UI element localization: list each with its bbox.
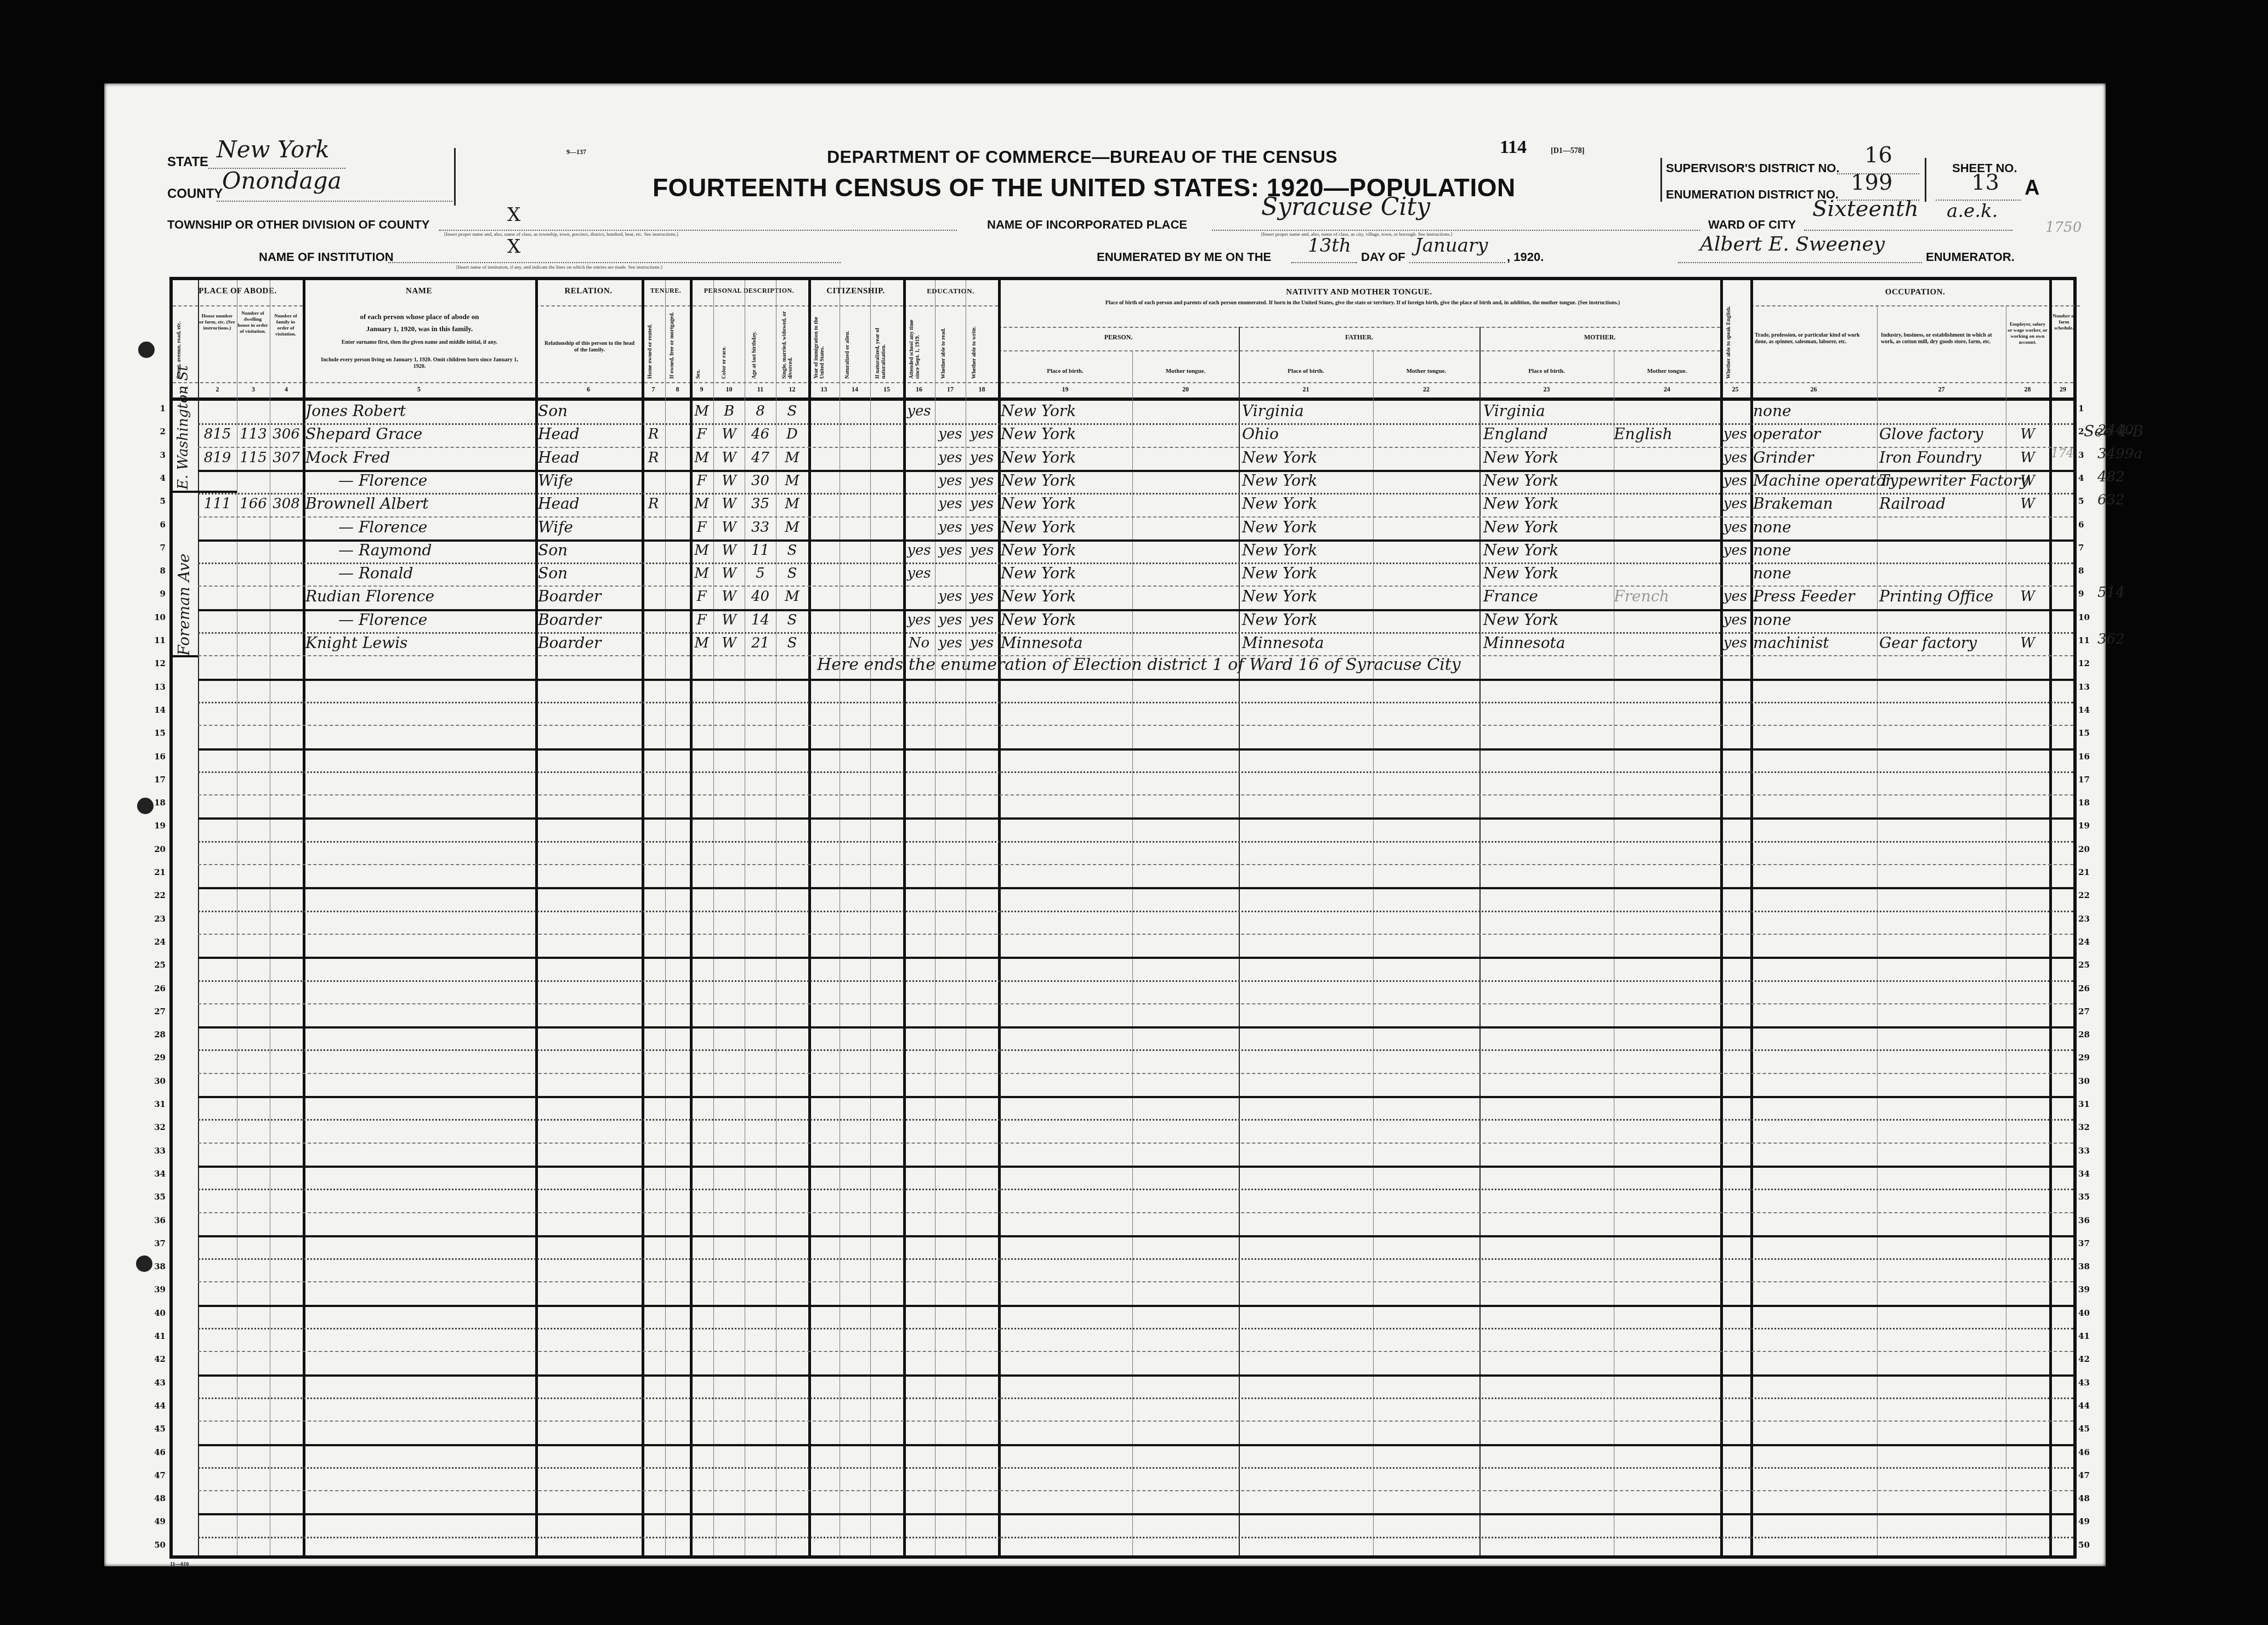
line-number: 42 <box>2078 1354 2100 1364</box>
institution-instruction: [Insert name of institution, if any, and… <box>456 264 662 270</box>
cell-read: yes <box>935 516 966 538</box>
cell-marital: S <box>776 632 808 654</box>
line-number: 36 <box>144 1215 166 1225</box>
line-number: 1 <box>2078 404 2100 413</box>
line-number: 12 <box>2078 658 2100 668</box>
cell-race: W <box>713 539 745 561</box>
cell-race: W <box>713 609 745 631</box>
line-number: 46 <box>2078 1447 2100 1457</box>
line-number: 42 <box>144 1354 166 1364</box>
line-number: 30 <box>2078 1076 2100 1086</box>
census-table: PLACE OF ABODE. NAME RELATION. TENURE. P… <box>169 277 2077 1559</box>
cell-sex: M <box>690 493 713 515</box>
cell-write: yes <box>966 447 998 469</box>
margin-code: 482 <box>2097 469 2125 485</box>
col-num: 23 <box>1479 385 1614 394</box>
cell-class: W <box>2006 632 2049 654</box>
line-number: 27 <box>144 1007 166 1016</box>
cell-father-birth: New York <box>1242 539 1374 561</box>
cell-read: yes <box>935 423 966 445</box>
institution-value: X <box>507 236 520 258</box>
col-num: 25 <box>1720 385 1750 394</box>
line-number: 41 <box>2078 1331 2100 1341</box>
bracket <box>1925 158 1926 202</box>
group-place-of-abode: PLACE OF ABODE. <box>173 287 303 296</box>
col-num: 19 <box>998 385 1132 394</box>
line-number: 16 <box>2078 752 2100 762</box>
enumerator-label: ENUMERATOR. <box>1926 250 2015 264</box>
col-header-27: Industry, business, or establishment in … <box>1881 332 1999 345</box>
cell-occupation: Grinder <box>1753 447 1877 469</box>
col-num: 2 <box>198 385 237 394</box>
department-title: DEPARTMENT OF COMMERCE—BUREAU OF THE CEN… <box>827 147 1337 167</box>
cell-marital: M <box>776 586 808 607</box>
line-number: 40 <box>144 1308 166 1318</box>
cell-age: 8 <box>745 400 776 422</box>
col-num: 21 <box>1239 385 1373 394</box>
margin-code: 362 <box>2097 631 2125 647</box>
cell-mother-tongue: English <box>1614 423 1720 445</box>
line-number: 18 <box>144 798 166 808</box>
col-num: 22 <box>1373 385 1479 394</box>
cell-school: yes <box>903 400 935 422</box>
line-number: 44 <box>2078 1401 2100 1411</box>
col-header-25: Whether able to speak English. <box>1726 297 1732 379</box>
cell-industry: Railroad <box>1879 493 2005 515</box>
line-number: 20 <box>144 844 166 854</box>
cell-relation: Son <box>538 562 642 584</box>
line-number: 3 <box>2078 450 2100 460</box>
cell-relation: Head <box>538 447 642 469</box>
cell-father-birth: New York <box>1242 562 1374 584</box>
margin-code: 3499a <box>2097 446 2142 462</box>
cell-relation: Boarder <box>538 632 642 654</box>
line-number: 48 <box>2078 1493 2100 1503</box>
line-number: 31 <box>2078 1099 2100 1109</box>
cell-write: yes <box>966 609 998 631</box>
cell-name: Jones Robert <box>305 400 536 422</box>
line-number: 49 <box>2078 1516 2100 1526</box>
cell-name: Rudian Florence <box>305 586 536 607</box>
col-header-12: Single, married, widowed, or divorced. <box>781 310 793 379</box>
line-number: 50 <box>2078 1540 2100 1550</box>
cell-age: 21 <box>745 632 776 654</box>
group-name: NAME <box>303 287 535 296</box>
margin-code: 632 <box>2097 492 2125 508</box>
occupation-code: 174 <box>2051 447 2074 461</box>
cell-sex: M <box>690 400 713 422</box>
cell-tenure: R <box>642 423 665 445</box>
relation-header: Relationship of this person to the head … <box>543 340 636 354</box>
enumeration-value: 199 <box>1851 170 1892 195</box>
col-num: 4 <box>270 385 303 394</box>
cell-marital: S <box>776 539 808 561</box>
col-header-19: Place of birth. <box>998 368 1132 374</box>
line-number: 10 <box>144 612 166 622</box>
cell-age: 35 <box>745 493 776 515</box>
street-2: Foreman Ave <box>175 497 197 656</box>
col-header-8: If owned, free or mortgaged. <box>669 310 675 379</box>
cell-relation: Boarder <box>538 609 642 631</box>
cell-race: W <box>713 423 745 445</box>
cell-birth: New York <box>1001 423 1132 445</box>
state-value: New York <box>217 136 330 163</box>
cell-marital: S <box>776 400 808 422</box>
line-number: 26 <box>2078 984 2100 993</box>
line-number: 25 <box>144 960 166 970</box>
col-header-4: Number of family in order of visitation. <box>270 313 301 337</box>
line-number: 8 <box>144 566 166 576</box>
col-num: 14 <box>840 385 870 394</box>
enumerated-day: 13th <box>1308 235 1351 257</box>
end-of-district-note: Here ends the enumeration of Election di… <box>817 655 1461 674</box>
cell-father-birth: New York <box>1242 493 1374 515</box>
cell-father-birth: New York <box>1242 516 1374 538</box>
cell-name: Brownell Albert <box>305 493 536 515</box>
cell-class: W <box>2006 423 2049 445</box>
cell-class: W <box>2006 470 2049 492</box>
cell-birth: New York <box>1001 470 1132 492</box>
line-number: 38 <box>144 1262 166 1271</box>
cell-age: 5 <box>745 562 776 584</box>
enumerated-year: , 1920. <box>1507 250 1544 264</box>
cell-family: 308 <box>270 493 303 515</box>
group-nativity: NATIVITY AND MOTHER TONGUE. <box>998 288 1720 297</box>
line-number: 50 <box>144 1540 166 1550</box>
cell-read: yes <box>935 632 966 654</box>
margin-number: 1750 <box>2045 219 2082 236</box>
cell-school: yes <box>903 609 935 631</box>
col-header-13: Year of immigration to the United States… <box>813 310 825 379</box>
col-header-2: House number or farm, etc. (See instruct… <box>199 313 235 331</box>
line-number: 28 <box>2078 1030 2100 1039</box>
col-num: 10 <box>713 385 745 394</box>
line-number: 43 <box>144 1378 166 1388</box>
line-number: 26 <box>144 984 166 993</box>
cell-relation: Head <box>538 423 642 445</box>
line-number: 40 <box>2078 1308 2100 1318</box>
cell-father-birth: New York <box>1242 470 1374 492</box>
cell-read: yes <box>935 447 966 469</box>
col-num: 12 <box>776 385 808 394</box>
form-number: 9—137 <box>566 148 586 156</box>
col-header-11: Age at last birthday. <box>751 310 757 379</box>
col-header-29: Number of farm schedule. <box>2050 313 2078 331</box>
line-number: 18 <box>2078 798 2100 808</box>
line-number: 45 <box>2078 1424 2100 1434</box>
cell-birth: New York <box>1001 400 1132 422</box>
group-relation: RELATION. <box>535 287 642 296</box>
col-num: 29 <box>2049 385 2077 394</box>
cell-name: Knight Lewis <box>305 632 536 654</box>
cell-read: yes <box>935 493 966 515</box>
cell-write: yes <box>966 516 998 538</box>
cell-industry: Printing Office <box>1879 586 2005 607</box>
cell-name: — Ronald <box>305 562 569 584</box>
col-num: 6 <box>535 385 642 394</box>
cell-mother-birth: New York <box>1483 562 1615 584</box>
line-number: 24 <box>2078 937 2100 947</box>
line-number: 46 <box>144 1447 166 1457</box>
cell-birth: New York <box>1001 516 1132 538</box>
line-number: 4 <box>2078 473 2100 483</box>
line-number: 15 <box>2078 728 2100 738</box>
line-number: 29 <box>2078 1053 2100 1062</box>
sheet-value: 13 <box>1971 170 1999 195</box>
cell-english: yes <box>1720 609 1750 631</box>
cell-english: yes <box>1720 423 1750 445</box>
col-header-24: Mother tongue. <box>1614 368 1720 374</box>
subgroup-mother: MOTHER. <box>1479 334 1720 340</box>
col-num: 27 <box>1877 385 2006 394</box>
cell-age: 14 <box>745 609 776 631</box>
cell-father-birth: New York <box>1242 447 1374 469</box>
line-number: 39 <box>144 1285 166 1294</box>
col-num: 5 <box>303 385 535 394</box>
col-num: 20 <box>1132 385 1239 394</box>
line-number: 35 <box>144 1192 166 1202</box>
cell-occupation: none <box>1753 562 1877 584</box>
cell-house: 819 <box>198 447 237 469</box>
col-header-17: Whether able to read. <box>940 310 946 379</box>
col-header-22: Mother tongue. <box>1373 368 1479 374</box>
col-header-7: Home owned or rented. <box>647 310 653 379</box>
cell-read: yes <box>935 586 966 607</box>
line-number: 28 <box>144 1030 166 1039</box>
cell-house: 815 <box>198 423 237 445</box>
line-number: 10 <box>2078 612 2100 622</box>
line-number: 17 <box>144 775 166 785</box>
col-num: 28 <box>2006 385 2049 394</box>
punch-hole <box>138 342 155 358</box>
group-personal-description: PERSONAL DESCRIPTION. <box>690 287 808 295</box>
cell-sex: F <box>690 423 713 445</box>
line-number: 17 <box>2078 775 2100 785</box>
group-citizenship: CITIZENSHIP. <box>808 287 903 296</box>
line-number: 47 <box>144 1470 166 1480</box>
cell-class: W <box>2006 447 2049 469</box>
cell-race: W <box>713 586 745 607</box>
line-number: 5 <box>2078 496 2100 506</box>
cell-relation: Wife <box>538 516 642 538</box>
cell-relation: Son <box>538 400 642 422</box>
cell-father-birth: Virginia <box>1242 400 1374 422</box>
cell-read: yes <box>935 609 966 631</box>
line-number: 12 <box>144 658 166 668</box>
group-occupation: OCCUPATION. <box>1750 288 2080 297</box>
ward-extra: a.e.k. <box>1947 200 1998 222</box>
cell-marital: M <box>776 516 808 538</box>
line-number: 4 <box>144 473 166 483</box>
cell-mother-birth: New York <box>1483 447 1615 469</box>
cell-write: yes <box>966 539 998 561</box>
cell-marital: M <box>776 470 808 492</box>
cell-dwelling: 113 <box>237 423 270 445</box>
bracket <box>1660 158 1662 202</box>
col-header-28: Employer, salary or wage worker, or work… <box>2007 321 2048 345</box>
group-education: EDUCATION. <box>903 287 998 296</box>
cell-mother-tongue: French <box>1614 586 1720 607</box>
cell-age: 30 <box>745 470 776 492</box>
col-num: 13 <box>808 385 840 394</box>
name-header-line2: January 1, 1920, was in this family. <box>307 324 532 333</box>
cell-relation: Head <box>538 493 642 515</box>
cell-occupation: none <box>1753 539 1877 561</box>
line-number: 29 <box>144 1053 166 1062</box>
form-code: [D1—578] <box>1551 147 1584 156</box>
line-number: 30 <box>144 1076 166 1086</box>
line-number: 20 <box>2078 844 2100 854</box>
ward-value: Sixteenth <box>1812 196 1919 221</box>
cell-relation: Son <box>538 539 642 561</box>
group-tenure: TENURE. <box>642 287 690 295</box>
line-number: 8 <box>2078 566 2100 576</box>
col-num: 8 <box>665 385 690 394</box>
cell-marital: D <box>776 423 808 445</box>
cell-school: yes <box>903 562 935 584</box>
col-header-14: Naturalized or alien. <box>844 310 850 379</box>
cell-sex: M <box>690 447 713 469</box>
cell-race: W <box>713 447 745 469</box>
col-header-16: Attended school any time since Sept. 1, … <box>909 310 921 379</box>
line-number: 9 <box>2078 589 2100 599</box>
cell-mother-birth: France <box>1483 586 1615 607</box>
line-number: 7 <box>2078 543 2100 553</box>
col-header-18: Whether able to write. <box>971 310 977 379</box>
bracket <box>454 148 456 206</box>
line-number: 33 <box>2078 1146 2100 1156</box>
cell-dwelling: 166 <box>237 493 270 515</box>
cell-english: yes <box>1720 632 1750 654</box>
cell-read: yes <box>935 470 966 492</box>
cell-mother-birth: New York <box>1483 516 1615 538</box>
cell-mother-birth: New York <box>1483 609 1615 631</box>
line-number: 35 <box>2078 1192 2100 1202</box>
cell-english: yes <box>1720 539 1750 561</box>
page-stamp: 114 <box>1500 137 1527 158</box>
cell-race: W <box>713 516 745 538</box>
township-instruction: [Insert proper name and, also, name of c… <box>444 231 678 237</box>
cell-read: yes <box>935 539 966 561</box>
line-number: 34 <box>2078 1169 2100 1179</box>
cell-name: Shepard Grace <box>305 423 536 445</box>
township-label: TOWNSHIP OR OTHER DIVISION OF COUNTY <box>167 218 429 232</box>
enumerator-name: Albert E. Sweeney <box>1700 233 1885 255</box>
cell-occupation: Machine operator <box>1753 470 1877 492</box>
county-label: COUNTY <box>167 186 223 202</box>
cell-father-birth: Minnesota <box>1242 632 1374 654</box>
cell-sex: F <box>690 586 713 607</box>
supervisor-value: 16 <box>1864 143 1892 168</box>
cell-name: — Florence <box>305 516 569 538</box>
col-num: 9 <box>690 385 713 394</box>
cell-english: yes <box>1720 447 1750 469</box>
line-number: 23 <box>2078 914 2100 924</box>
ward-label: WARD OF CITY <box>1708 218 1796 232</box>
cell-family: 306 <box>270 423 303 445</box>
cell-age: 47 <box>745 447 776 469</box>
name-header-line4: Include every person living on January 1… <box>315 357 524 370</box>
cell-english: yes <box>1720 493 1750 515</box>
cell-mother-birth: England <box>1483 423 1615 445</box>
cell-occupation: Press Feeder <box>1753 586 1877 607</box>
cell-write: yes <box>966 470 998 492</box>
cell-race: W <box>713 493 745 515</box>
cell-mother-birth: New York <box>1483 539 1615 561</box>
cell-mother-birth: New York <box>1483 470 1615 492</box>
line-number: 33 <box>144 1146 166 1156</box>
line-number: 47 <box>2078 1470 2100 1480</box>
line-number: 11 <box>2078 635 2100 645</box>
line-number: 7 <box>144 543 166 553</box>
line-number: 15 <box>144 728 166 738</box>
cell-marital: S <box>776 609 808 631</box>
cell-race: W <box>713 632 745 654</box>
enumerated-month: January <box>1415 235 1488 257</box>
name-header-line1: of each person whose place of abode on <box>307 312 532 321</box>
col-num: 24 <box>1614 385 1720 394</box>
cell-birth: New York <box>1001 609 1132 631</box>
cell-occupation: machinist <box>1753 632 1877 654</box>
line-number: 24 <box>144 937 166 947</box>
line-number: 9 <box>144 589 166 599</box>
col-num: 17 <box>935 385 966 394</box>
cell-occupation: none <box>1753 400 1877 422</box>
cell-english: yes <box>1720 586 1750 607</box>
col-num: 26 <box>1750 385 1877 394</box>
col-num: 11 <box>745 385 776 394</box>
cell-industry: Glove factory <box>1879 423 2005 445</box>
cell-father-birth: New York <box>1242 609 1374 631</box>
line-number: 45 <box>144 1424 166 1434</box>
line-number: 36 <box>2078 1215 2100 1225</box>
cell-english: yes <box>1720 470 1750 492</box>
street-1: E. Washington St <box>175 402 197 490</box>
line-number: 37 <box>2078 1238 2100 1248</box>
line-number: 31 <box>144 1099 166 1109</box>
line-number: 22 <box>2078 890 2100 900</box>
cell-father-birth: New York <box>1242 586 1374 607</box>
cell-sex: M <box>690 539 713 561</box>
line-number: 34 <box>144 1169 166 1179</box>
cell-sex: F <box>690 470 713 492</box>
margin-code: 514 <box>2097 584 2125 601</box>
subgroup-person: PERSON. <box>998 334 1239 340</box>
col-header-23: Place of birth. <box>1479 368 1614 374</box>
subgroup-father: FATHER. <box>1239 334 1479 340</box>
cell-birth: New York <box>1001 586 1132 607</box>
cell-birth: Minnesota <box>1001 632 1132 654</box>
cell-relation: Boarder <box>538 586 642 607</box>
line-number: 32 <box>144 1122 166 1132</box>
line-number: 43 <box>2078 1378 2100 1388</box>
cell-sex: M <box>690 632 713 654</box>
cell-write: yes <box>966 493 998 515</box>
line-number: 14 <box>2078 705 2100 715</box>
line-number: 1 <box>144 404 166 413</box>
township-value: X <box>507 204 520 226</box>
cell-race: B <box>713 400 745 422</box>
col-header-15: If naturalized, year of naturalization. <box>875 310 887 379</box>
col-header-20: Mother tongue. <box>1132 368 1239 374</box>
line-number: 44 <box>144 1401 166 1411</box>
line-number: 32 <box>2078 1122 2100 1132</box>
cell-sex: F <box>690 609 713 631</box>
cell-marital: M <box>776 493 808 515</box>
line-number: 2 <box>144 427 166 436</box>
col-header-21: Place of birth. <box>1239 368 1373 374</box>
cell-mother-birth: Minnesota <box>1483 632 1615 654</box>
